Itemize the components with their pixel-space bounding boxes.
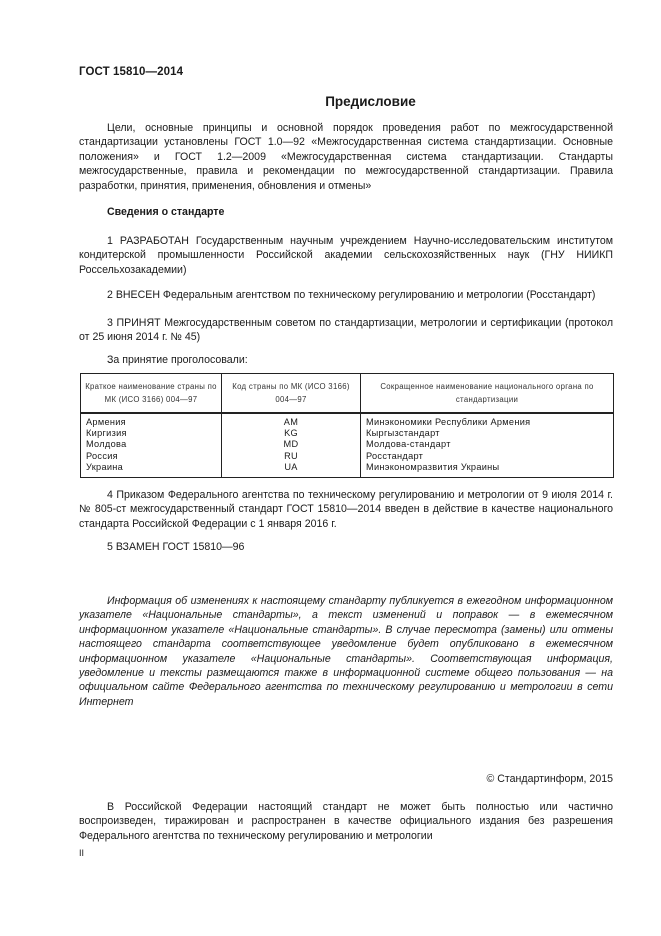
changes-info-paragraph: Информация об изменениях к настоящему ст… xyxy=(79,594,613,709)
country-name-column: Армения Киргизия Молдова Россия Украина xyxy=(81,413,222,478)
votes-table-header-row: Краткое наименование страны по МК (ИСО 3… xyxy=(81,374,614,414)
votes-table-body: Армения Киргизия Молдова Россия Украина … xyxy=(81,413,614,478)
table-cell-body: Молдова-стандарт xyxy=(366,439,608,450)
header-country-name: Краткое наименование страны по МК (ИСО 3… xyxy=(81,374,222,414)
header-national-body: Сокращенное наименование национального о… xyxy=(361,374,614,414)
table-cell-code: AM xyxy=(227,417,355,428)
table-cell-code: MD xyxy=(227,439,355,450)
reproduction-notice: В Российской Федерации настоящий стандар… xyxy=(79,800,613,843)
table-cell-code: KG xyxy=(227,428,355,439)
table-cell-country: Россия xyxy=(86,451,216,462)
standard-info-heading: Сведения о стандарте xyxy=(107,206,224,218)
table-cell-body: Росстандарт xyxy=(366,451,608,462)
document-code: ГОСТ 15810—2014 xyxy=(79,66,183,78)
item-4-text: 4 Приказом Федерального агентства по тех… xyxy=(79,489,613,530)
table-cell-code: RU xyxy=(227,451,355,462)
standard-info-item-2: 2 ВНЕСЕН Федеральным агентством по техни… xyxy=(79,288,613,302)
intro-paragraph-text: Цели, основные принципы и основной поряд… xyxy=(79,122,613,192)
national-body-column: Минэкономики Республики Армения Кыргызст… xyxy=(361,413,614,478)
table-cell-body: Минэкономразвития Украины xyxy=(366,462,608,473)
table-cell-body: Минэкономики Республики Армения xyxy=(366,417,608,428)
changes-info-text: Информация об изменениях к настоящему ст… xyxy=(79,595,613,708)
item-1-text: 1 РАЗРАБОТАН Государственным научным учр… xyxy=(79,235,613,276)
table-cell-code: UA xyxy=(227,462,355,473)
table-cell-country: Молдова xyxy=(86,439,216,450)
votes-table: Краткое наименование страны по МК (ИСО 3… xyxy=(80,373,614,478)
reproduction-notice-text: В Российской Федерации настоящий стандар… xyxy=(79,801,613,842)
standard-info-item-1: 1 РАЗРАБОТАН Государственным научным учр… xyxy=(79,234,613,277)
item-2-text: 2 ВНЕСЕН Федеральным агентством по техни… xyxy=(107,289,595,301)
item-3-text: 3 ПРИНЯТ Межгосударственным советом по с… xyxy=(79,317,613,343)
page-title: Предисловие xyxy=(0,94,661,109)
table-cell-body: Кыргызстандарт xyxy=(366,428,608,439)
intro-paragraph: Цели, основные принципы и основной поряд… xyxy=(79,121,613,193)
item-4-paragraph: 4 Приказом Федерального агентства по тех… xyxy=(79,488,613,531)
table-cell-country: Украина xyxy=(86,462,216,473)
table-cell-country: Киргизия xyxy=(86,428,216,439)
copyright-notice: © Стандартинформ, 2015 xyxy=(487,773,613,785)
table-cell-country: Армения xyxy=(86,417,216,428)
item-5-replaces: 5 ВЗАМЕН ГОСТ 15810—96 xyxy=(107,541,244,553)
votes-label: За принятие проголосовали: xyxy=(107,354,248,366)
page-number: II xyxy=(79,848,84,858)
country-code-column: AM KG MD RU UA xyxy=(222,413,361,478)
header-country-code: Код страны по МК (ИСО 3166) 004—97 xyxy=(222,374,361,414)
standard-info-item-3: 3 ПРИНЯТ Межгосударственным советом по с… xyxy=(79,316,613,345)
